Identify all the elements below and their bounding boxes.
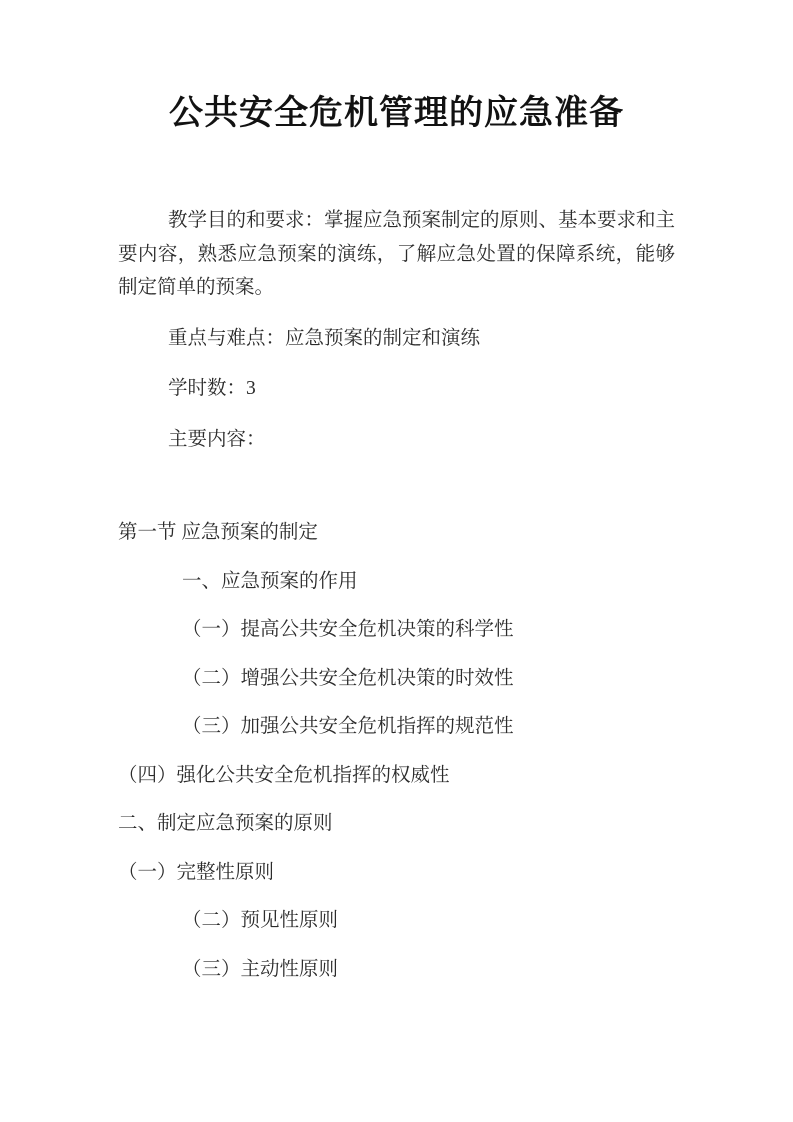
teaching-objectives-paragraph: 教学目的和要求：掌握应急预案制定的原则、基本要求和主要内容，熟悉应急预案的演练，… [118,204,675,305]
outline-item-1-4: （四）强化公共安全危机指挥的权威性 [118,759,675,793]
outline-item-1: 一、应急预案的作用 [118,565,675,599]
key-points-line: 重点与难点：应急预案的制定和演练 [118,322,675,356]
document-body: 教学目的和要求：掌握应急预案制定的原则、基本要求和主要内容，熟悉应急预案的演练，… [118,204,675,986]
class-hours-line: 学时数：3 [118,372,675,406]
outline-item-2-3: （三）主动性原则 [118,953,675,987]
outline-item-2-2: （二）预见性原则 [118,904,675,938]
outline-item-1-3: （三）加强公共安全危机指挥的规范性 [118,710,675,744]
outline-item-2: 二、制定应急预案的原则 [118,807,675,841]
document-page: 公共安全危机管理的应急准备 教学目的和要求：掌握应急预案制定的原则、基本要求和主… [0,0,793,1122]
main-content-label: 主要内容： [118,423,675,457]
page-title: 公共安全危机管理的应急准备 [118,93,675,135]
outline-item-1-1: （一）提高公共安全危机决策的科学性 [118,613,675,647]
section-1-heading: 第一节 应急预案的制定 [118,516,675,550]
outline-item-1-2: （二）增强公共安全危机决策的时效性 [118,662,675,696]
outline-item-2-1: （一）完整性原则 [118,856,675,890]
